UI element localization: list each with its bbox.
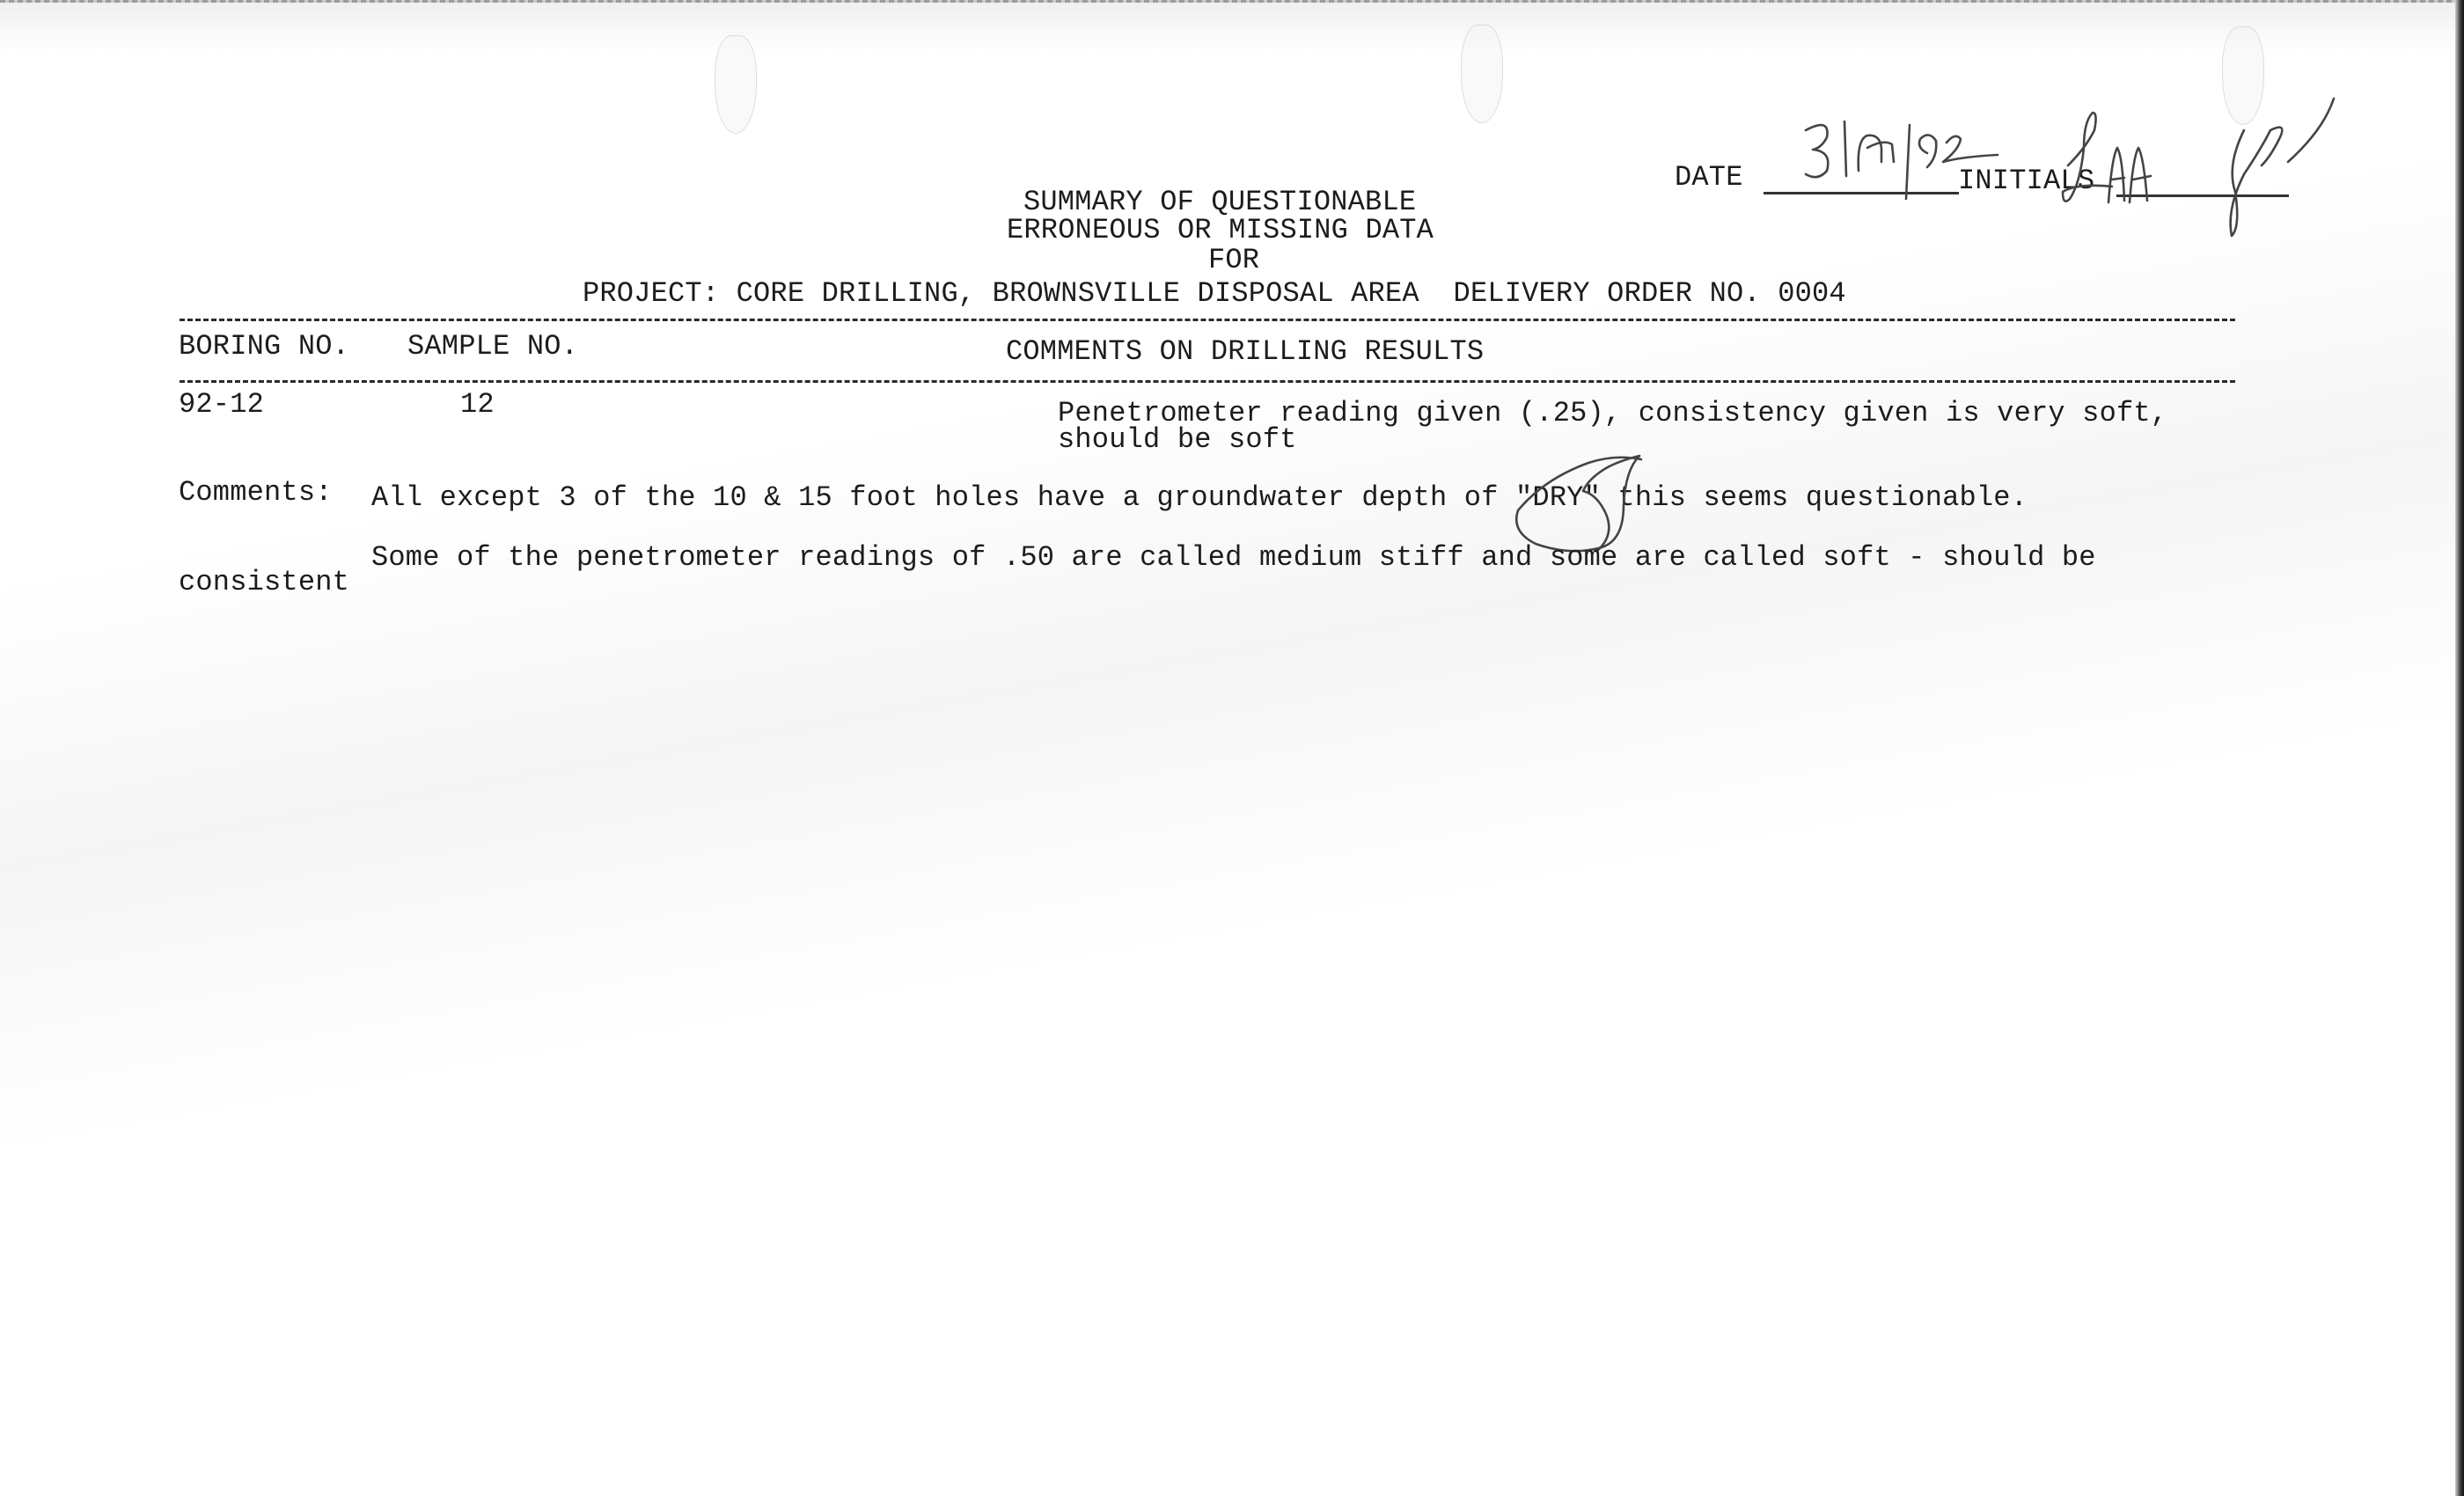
title-line-1: SUMMARY OF QUESTIONABLE	[1023, 188, 1416, 216]
column-header-sample-no: SAMPLE NO.	[407, 333, 578, 361]
comments-label: Comments:	[179, 479, 333, 507]
project-line: PROJECT: CORE DRILLING, BROWNSVILLE DISP…	[583, 280, 1846, 308]
dashed-rule-top	[180, 319, 2235, 321]
comment-cell-line-2: should be soft	[1058, 426, 1297, 454]
comment-1-text: All except 3 of the 10 & 15 foot holes h…	[371, 481, 1515, 514]
sample-no-cell: 12	[460, 391, 495, 419]
boring-no-cell: 92-12	[179, 391, 264, 419]
binder-hole-mark	[715, 35, 757, 134]
comment-2-line-2: consistent	[179, 568, 349, 597]
title-line-2: ERRONEOUS OR MISSING DATA	[1007, 216, 1434, 245]
scan-top-edge	[0, 0, 2464, 3]
title-line-3: FOR	[1208, 246, 1259, 275]
comment-2-line-1: Some of the penetrometer readings of .50…	[371, 544, 2096, 572]
scan-right-edge	[2455, 0, 2464, 1496]
binder-hole-mark	[1461, 25, 1503, 123]
dashed-rule-bottom	[180, 380, 2235, 383]
comment-1: All except 3 of the 10 & 15 foot holes h…	[371, 484, 2028, 512]
column-header-boring-no: BORING NO.	[179, 333, 349, 361]
column-header-comments: COMMENTS ON DRILLING RESULTS	[1006, 338, 1484, 366]
handwritten-initials	[2059, 95, 2341, 245]
